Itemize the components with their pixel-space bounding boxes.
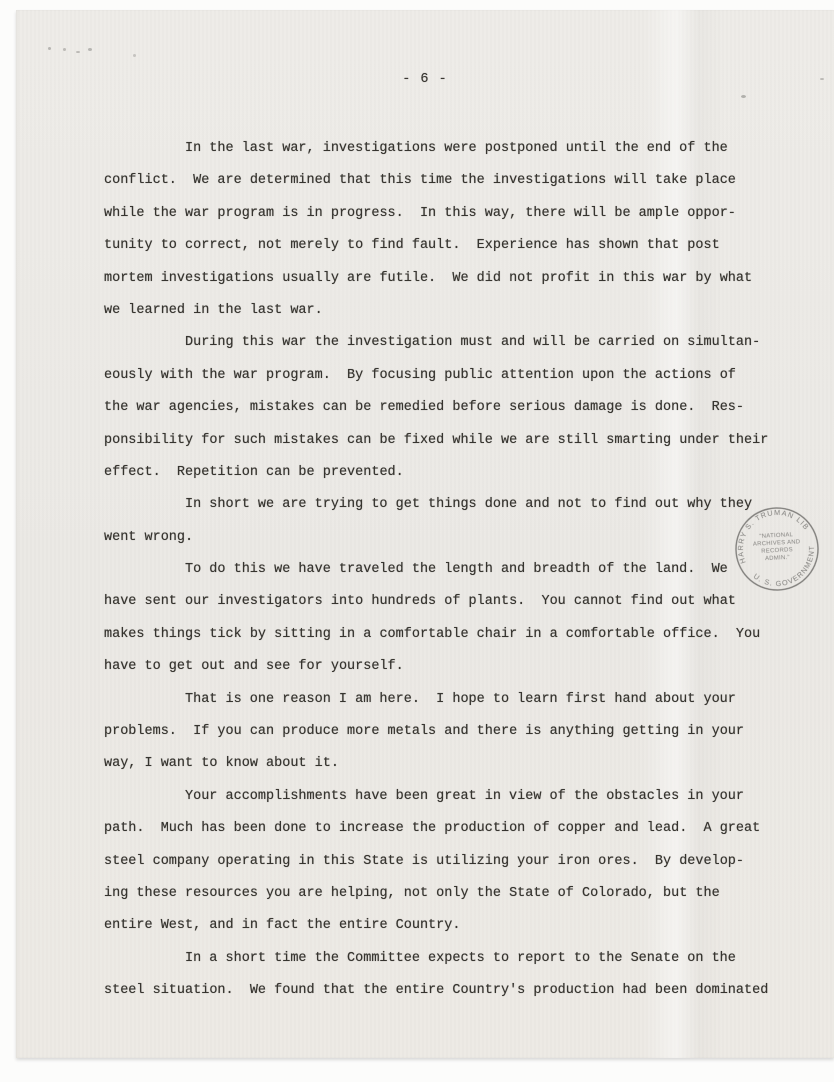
document-scan: - 6 - In the last war, investigations we… [0, 0, 834, 1082]
text-line: way, I want to know about it. [104, 748, 794, 780]
stamp-center-text: "NATIONAL ARCHIVES AND RECORDS ADMIN." [752, 532, 801, 563]
body-text: In the last war, investigations were pos… [104, 133, 794, 1008]
text-line: makes things tick by sitting in a comfor… [104, 619, 794, 651]
svg-text:RECORDS: RECORDS [761, 547, 793, 555]
text-line: we learned in the last war. [104, 295, 794, 327]
text-line: have sent our investigators into hundred… [104, 586, 794, 618]
text-line: the war agencies, mistakes can be remedi… [104, 392, 794, 424]
text-line: went wrong. [104, 522, 794, 554]
text-line: In a short time the Committee expects to… [104, 943, 794, 975]
paper-page: - 6 - In the last war, investigations we… [16, 10, 834, 1058]
text-line: eously with the war program. By focusing… [104, 360, 794, 392]
paper-speck [76, 51, 80, 53]
text-line: steel company operating in this State is… [104, 846, 794, 878]
text-line: while the war program is in progress. In… [104, 198, 794, 230]
text-line: path. Much has been done to increase the… [104, 813, 794, 845]
text-line: have to get out and see for yourself. [104, 651, 794, 683]
paper-speck [741, 95, 746, 98]
text-line: To do this we have traveled the length a… [104, 554, 794, 586]
svg-text:ARCHIVES AND: ARCHIVES AND [753, 539, 801, 547]
paper-speck [63, 48, 66, 51]
text-line: That is one reason I am here. I hope to … [104, 684, 794, 716]
svg-text:ADMIN.": ADMIN." [765, 555, 790, 562]
page-number: - 6 - [16, 72, 834, 87]
text-line: ing these resources you are helping, not… [104, 878, 794, 910]
text-line: During this war the investigation must a… [104, 327, 794, 359]
text-line: problems. If you can produce more metals… [104, 716, 794, 748]
text-line: steel situation. We found that the entir… [104, 975, 794, 1007]
text-line: tunity to correct, not merely to find fa… [104, 230, 794, 262]
svg-text:"NATIONAL: "NATIONAL [759, 532, 794, 540]
text-line: mortem investigations usually are futile… [104, 263, 794, 295]
text-line: Your accomplishments have been great in … [104, 781, 794, 813]
text-line: In the last war, investigations were pos… [104, 133, 794, 165]
text-line: entire West, and in fact the entire Coun… [104, 910, 794, 942]
text-line: conflict. We are determined that this ti… [104, 165, 794, 197]
text-line: effect. Repetition can be prevented. [104, 457, 794, 489]
paper-speck [48, 47, 51, 50]
text-line: ponsibility for such mistakes can be fix… [104, 425, 794, 457]
text-line: In short we are trying to get things don… [104, 489, 794, 521]
paper-speck [133, 54, 136, 57]
paper-speck [88, 48, 92, 51]
